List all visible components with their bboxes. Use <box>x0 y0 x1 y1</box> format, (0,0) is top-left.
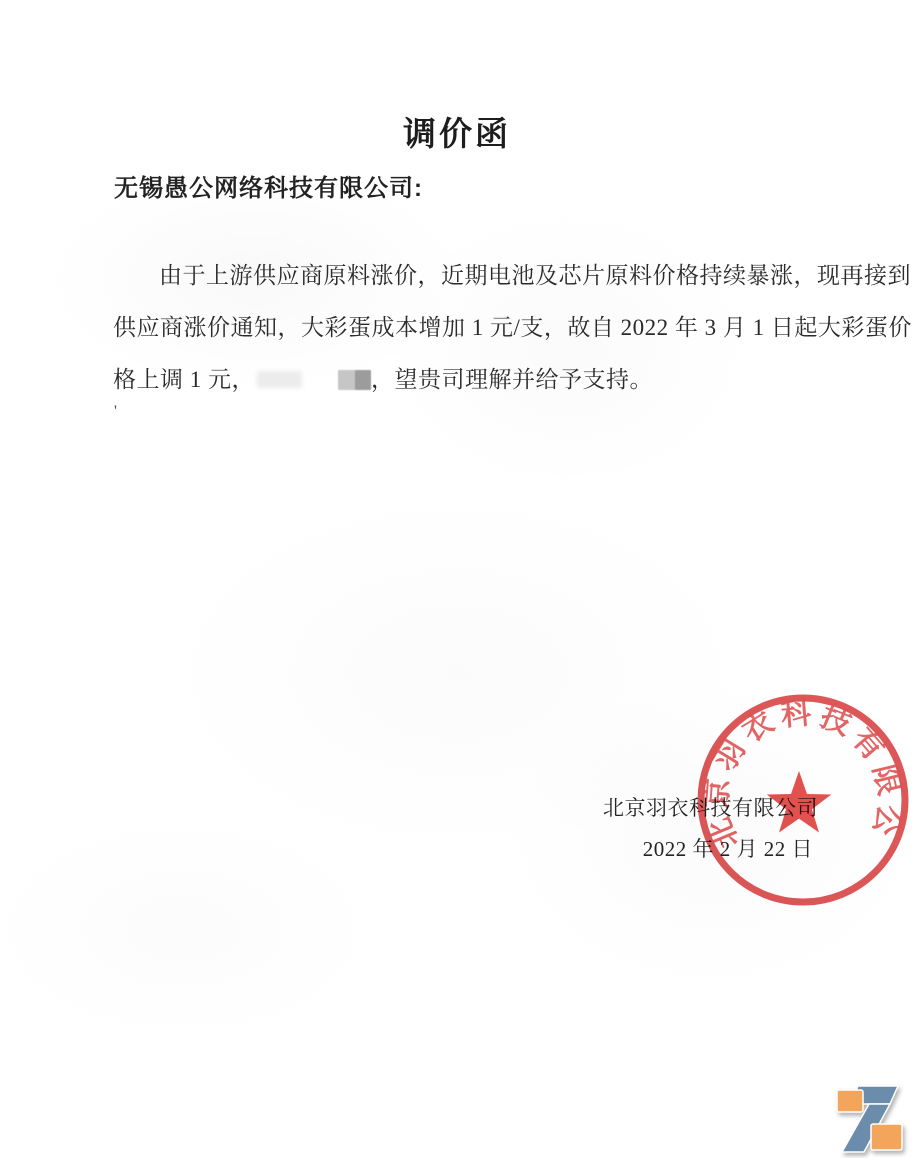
body-line-2: 供应商涨价通知，大彩蛋成本增加 1 元/支，故自 2022 年 3 月 1 日起… <box>113 302 847 354</box>
letter-body: 由于上游供应商原料涨价，近期电池及芯片原料价格持续暴涨，现再接到 供应商涨价通知… <box>113 250 847 406</box>
recipient-line: 无锡愚公网络科技有限公司: <box>114 168 423 203</box>
body-line-1: 由于上游供应商原料涨价，近期电池及芯片原料价格持续暴涨，现再接到 <box>113 250 847 302</box>
redacted-blur-dark <box>338 370 371 390</box>
stamp-arc-text: 北京羽衣科技有限公司 <box>691 688 906 853</box>
document-title: 调价函 <box>0 108 914 155</box>
brand-logo <box>831 1074 909 1158</box>
redacted-blur-light <box>257 371 302 388</box>
body-line-3-prefix: 格上调 1 元， <box>113 367 255 392</box>
svg-text:北京羽衣科技有限公司: 北京羽衣科技有限公司 <box>691 688 906 853</box>
company-seal-stamp: 北京羽衣科技有限公司 <box>691 688 914 912</box>
scanned-letter-page: { "page": { "title": "调价函", "recipient":… <box>0 0 914 1161</box>
body-line-3-suffix: ，望贵司理解并给予支持。 <box>371 367 653 392</box>
stray-apostrophe-mark: ' <box>114 403 117 421</box>
body-line-3: 格上调 1 元，，望贵司理解并给予支持。 <box>113 354 847 406</box>
stamp-svg: 北京羽衣科技有限公司 <box>691 688 914 912</box>
stamp-star-icon <box>767 771 832 833</box>
logo-orange-block-top <box>837 1090 863 1112</box>
brand-logo-svg <box>831 1074 909 1158</box>
logo-orange-block-bottom <box>871 1124 902 1150</box>
